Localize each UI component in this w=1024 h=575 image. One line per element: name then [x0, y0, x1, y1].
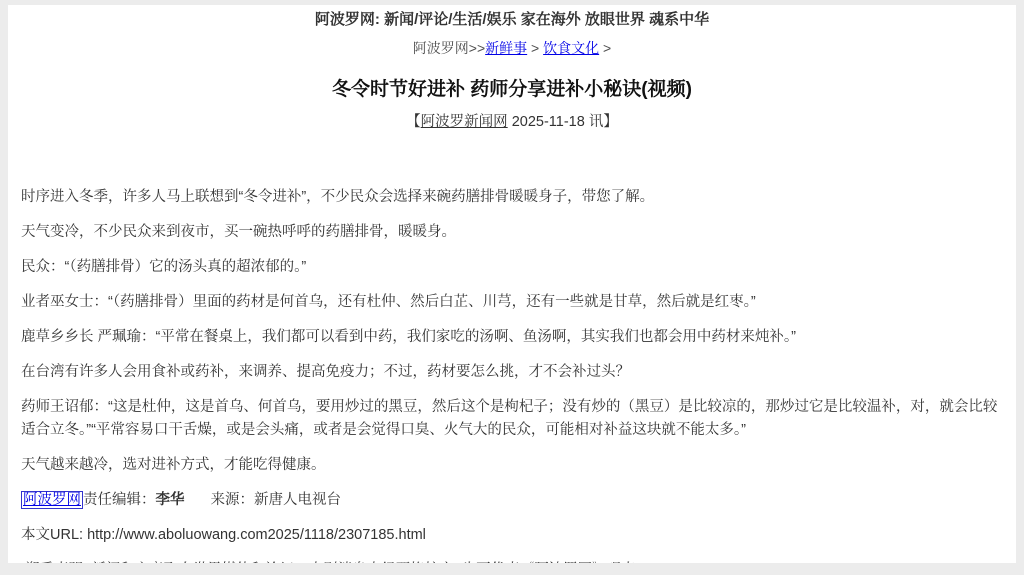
footer-site-link[interactable]: 阿波罗网	[21, 491, 83, 509]
breadcrumb-site-prefix: 阿波罗网>>	[413, 40, 485, 56]
breadcrumb: 阿波罗网>>新鲜事 > 饮食文化 >	[8, 38, 1016, 58]
editor-name: 李华	[156, 492, 185, 508]
article-paragraph: 鹿草乡乡长 严珮瑜：“平常在餐桌上，我们都可以看到中药，我们家吃的汤啊、鱼汤啊，…	[21, 326, 1002, 349]
page-frame: 阿波罗网: 新闻/评论/生活/娱乐 家在海外 放眼世界 魂系中华 阿波罗网>>新…	[0, 0, 1024, 575]
article-paragraph: 时序进入冬季，许多人马上联想到“冬令进补”，不少民众会选择来碗药膳排骨暖暖身子，…	[21, 186, 1002, 209]
article-page: 阿波罗网: 新闻/评论/生活/娱乐 家在海外 放眼世界 魂系中华 阿波罗网>>新…	[8, 5, 1016, 563]
source-site-link[interactable]: 阿波罗新闻网	[421, 114, 508, 130]
breadcrumb-link-food-culture[interactable]: 饮食文化	[543, 40, 599, 56]
site-header-tagline: 阿波罗网: 新闻/评论/生活/娱乐 家在海外 放眼世界 魂系中华	[8, 10, 1016, 30]
disclaimer-line: [郑重声明: 新闻和文章取自世界媒体和论坛，本则消息未经严格核实, 也不代表《阿…	[8, 559, 1016, 563]
breadcrumb-separator: >	[527, 40, 543, 56]
editor-line: 阿波罗网责任编辑：李华来源：新唐人电视台	[8, 489, 1016, 512]
article-paragraph: 在台湾有许多人会用食补或药补，来调养、提高免疫力；不过，药材要怎么挑，才不会补过…	[21, 361, 1002, 384]
source-bracket-open: 【	[406, 114, 421, 130]
article-paragraph: 天气变冷，不少民众来到夜市，买一碗热呼呼的药膳排骨，暖暖身。	[21, 221, 1002, 244]
article-paragraph: 天气越来越冷，选对进补方式，才能吃得健康。	[21, 454, 1002, 477]
article-paragraph: 民众：“（药膳排骨）它的汤头真的超浓郁的。”	[21, 256, 1002, 279]
article-paragraph: 药师王诏郁：“这是杜仲，这是首乌、何首乌，要用炒过的黑豆，然后这个是枸杞子；没有…	[21, 396, 1002, 442]
article-url-line: 本文URL: http://www.aboluowang.com2025/111…	[8, 524, 1016, 547]
source-label: 来源：	[211, 492, 255, 508]
article-source-line: 【阿波罗新闻网 2025-11-18 讯】	[8, 112, 1016, 132]
editor-label: 责任编辑：	[83, 492, 156, 508]
article-body: 时序进入冬季，许多人马上联想到“冬令进补”，不少民众会选择来碗药膳排骨暖暖身子，…	[8, 186, 1016, 477]
source-date: 2025-11-18 讯】	[508, 114, 618, 130]
article-title: 冬令时节好进补 药师分享进补小秘诀(视频)	[8, 78, 1016, 102]
breadcrumb-link-fresh-news[interactable]: 新鲜事	[485, 40, 527, 56]
breadcrumb-suffix: >	[599, 40, 611, 56]
source-value: 新唐人电视台	[254, 492, 341, 508]
article-paragraph: 业者巫女士：“（药膳排骨）里面的药材是何首乌，还有杜仲、然后白芷、川芎，还有一些…	[21, 291, 1002, 314]
